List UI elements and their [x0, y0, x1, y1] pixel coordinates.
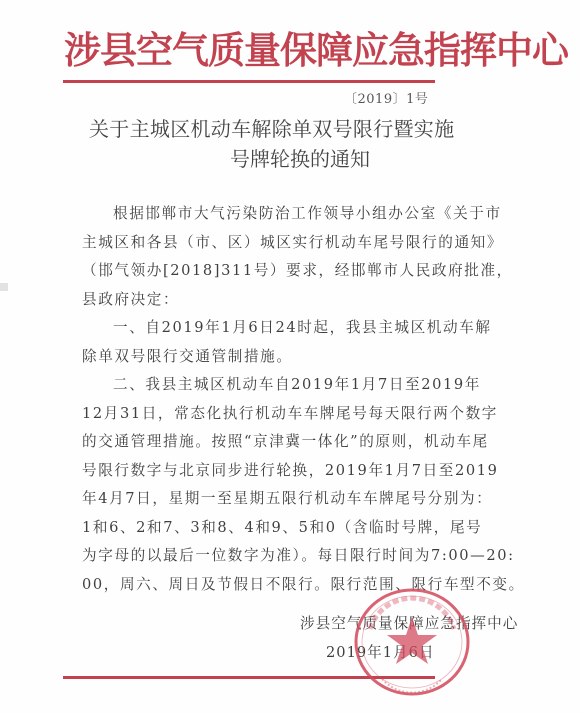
body-line: 号限行数字与北京同步进行轮换，2019年1月7日至2019: [82, 457, 502, 486]
signature-date: 2019年1月6日: [326, 641, 435, 662]
body-line: 的交通管理措施。按照“京津冀一体化”的原则，机动车尾: [82, 428, 502, 457]
document-title-line-1: 关于主城区机动车解除单双号限行暨实施: [89, 114, 479, 144]
scan-artifact: [0, 283, 8, 291]
body-line: 主城区和各县（市、区）城区实行机动车尾号限行的通知》: [82, 229, 502, 258]
body-line: 为字母的以最后一位数字为准）。每日限行时间为7:00—20:: [82, 542, 502, 571]
header-red-rule: [63, 80, 435, 83]
issuing-organization-header: 涉县空气质量保障应急指挥中心: [64, 28, 484, 76]
body-line: （邯气领办[2018]311号）要求，经邯郸市人民政府批准，: [82, 257, 502, 286]
body-line: 二、我县主城区机动车自2019年1月7日至2019年: [82, 371, 502, 400]
body-line: 1和6、2和7、3和8、4和9、5和0（含临时号牌，尾号: [82, 514, 502, 543]
document-number: 〔2019〕1号: [344, 88, 428, 107]
body-line: 一、自2019年1月6日24时起，我县主城区机动车解: [82, 314, 502, 343]
body-line: 年4月7日，星期一至星期五限行机动车车牌尾号分别为：: [82, 485, 502, 514]
body-line: 00，周六、周日及节假日不限行。限行范围、限行车型不变。: [82, 571, 502, 600]
document-page: 涉县空气质量保障应急指挥中心 〔2019〕1号 关于主城区机动车解除单双号限行暨…: [0, 0, 581, 714]
signature-organization: 涉县空气质量保障应急指挥中心: [300, 612, 518, 633]
document-title-line-2: 号牌轮换的通知: [60, 144, 540, 174]
body-line: 县政府决定：: [82, 286, 502, 315]
body-line: 除单双号限行交通管制措施。: [82, 343, 502, 372]
body-line: 根据邯郸市大气污染防治工作领导小组办公室《关于市: [82, 200, 502, 229]
footer-red-rule: [63, 676, 435, 679]
body-line: 12月31日，常态化执行机动车车牌尾号每天限行两个数字: [82, 400, 502, 429]
document-body: 根据邯郸市大气污染防治工作领导小组办公室《关于市 主城区和各县（市、区）城区实行…: [82, 200, 502, 599]
